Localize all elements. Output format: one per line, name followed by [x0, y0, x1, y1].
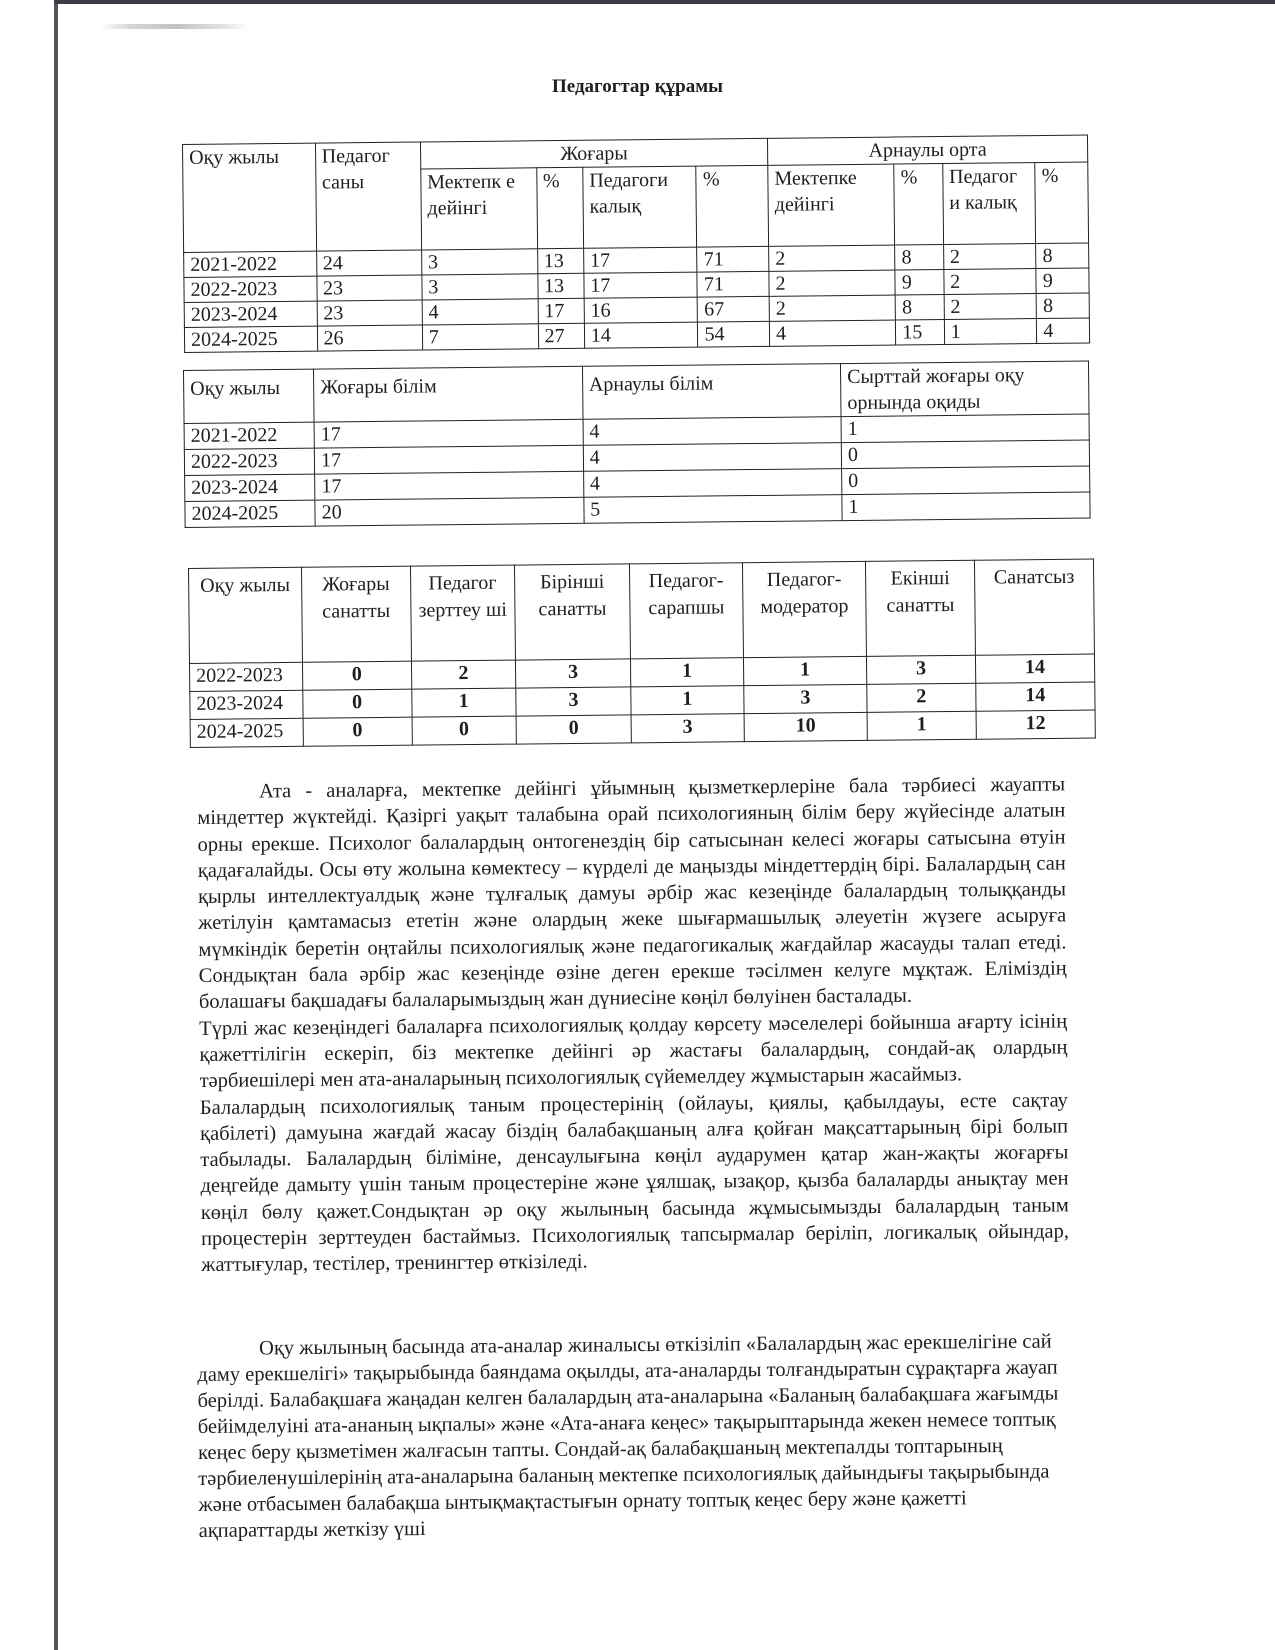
cell-s-ped: 1	[944, 319, 1037, 345]
cell-researcher: 0	[412, 716, 517, 745]
scan-artifact	[100, 24, 250, 29]
cell-s-pre: 2	[769, 295, 896, 321]
header-teacher-count: Педагог саны	[315, 142, 421, 251]
cell-moderator: 3	[744, 684, 868, 713]
header-higher-education: Жоғары білім	[314, 366, 583, 422]
cell-year: 2024-2025	[184, 326, 317, 352]
cell-h-ped: 17	[583, 247, 697, 273]
cell-s-pre: 4	[769, 320, 896, 346]
cell-higher: 17	[314, 419, 583, 448]
cell-extramural: 0	[842, 466, 1090, 495]
cell-h-ped-pct: 54	[698, 321, 770, 347]
cell-extramural: 0	[841, 440, 1089, 469]
cell-special: 4	[583, 417, 842, 446]
cell-s-ped: 2	[944, 294, 1037, 320]
header-special-pedagogical: Педагог и калық	[942, 163, 1035, 245]
cell-h-pre-pct: 17	[538, 298, 585, 323]
cell-s-pre-pct: 9	[895, 270, 944, 296]
header-year: Оқу жылы	[183, 143, 317, 252]
header-first-category: Бірінші санатты	[515, 564, 631, 660]
cell-higher: 20	[315, 497, 584, 526]
paragraph: Балалардың психологиялық таным процестер…	[200, 1087, 1070, 1279]
cell-s-ped-pct: 9	[1036, 268, 1089, 294]
cell-s-ped-pct: 8	[1036, 293, 1089, 319]
cell-none: 14	[975, 654, 1094, 683]
cell-s-pre: 2	[769, 270, 896, 296]
education-level-table: Оқу жылы Жоғары білім Арнаулы білім Сырт…	[183, 361, 1091, 528]
header-highest-category: Жоғары санатты	[301, 566, 411, 662]
cell-s-ped-pct: 4	[1037, 318, 1090, 344]
cell-h-ped: 17	[584, 272, 698, 298]
cell-s-pre-pct: 15	[896, 320, 945, 346]
cell-year: 2022-2023	[184, 276, 317, 302]
cell-year: 2023-2024	[185, 474, 315, 501]
cell-year: 2024-2025	[190, 718, 303, 747]
header-year: Оқу жылы	[184, 369, 315, 423]
cell-count: 24	[316, 250, 421, 276]
cell-s-ped-pct: 8	[1036, 243, 1089, 269]
cell-h-ped-pct: 71	[697, 246, 769, 272]
cell-second: 1	[867, 711, 976, 740]
cell-higher: 17	[315, 471, 584, 500]
body-text-block: Оқу жылының басында ата-аналар жиналысы …	[197, 1328, 1067, 1544]
cell-moderator: 10	[744, 712, 868, 741]
cell-second: 3	[867, 655, 976, 684]
scanned-page: Педагогтар құрамы Оқу жылы Педагог саны …	[0, 0, 1275, 1650]
cell-highest: 0	[302, 661, 411, 690]
cell-special: 4	[583, 443, 842, 472]
header-special-secondary: Арнаулы орта	[768, 135, 1088, 165]
header-higher-preschool: Мектепк е дейінгі	[421, 168, 538, 250]
header-researcher: Педагог зерттеу ші	[410, 565, 515, 661]
cell-h-pre: 4	[422, 299, 538, 325]
cell-h-pre: 3	[421, 249, 537, 275]
header-moderator: Педагог-модератор	[742, 561, 866, 657]
cell-researcher: 1	[411, 688, 516, 717]
cell-first: 3	[516, 687, 631, 716]
cell-s-ped: 2	[943, 244, 1036, 270]
document-title: Педагогтар құрамы	[0, 76, 1275, 98]
header-special-education: Арнаулы білім	[582, 364, 841, 420]
cell-year: 2021-2022	[184, 251, 317, 277]
cell-expert: 1	[630, 658, 743, 687]
cell-first: 3	[516, 659, 631, 688]
scan-edge-top	[54, 0, 1275, 4]
cell-researcher: 2	[411, 660, 516, 689]
cell-expert: 3	[631, 714, 744, 743]
cell-year: 2022-2023	[190, 662, 303, 691]
header-special-preschool-pct: %	[894, 164, 943, 246]
header-higher-pedagogical: Педагоги калық	[583, 166, 697, 248]
cell-year: 2023-2024	[184, 301, 317, 327]
cell-highest: 0	[303, 717, 412, 746]
cell-none: 14	[976, 682, 1095, 711]
header-special-preschool: Мектепке дейінгі	[768, 164, 895, 246]
cell-s-pre: 2	[769, 245, 896, 271]
header-extramural-study: Сырттай жоғары оқу орнында оқиды	[840, 361, 1089, 417]
header-no-category: Санатсыз	[974, 559, 1094, 655]
header-higher-pedagogical-pct: %	[696, 165, 768, 247]
cell-year: 2023-2024	[190, 690, 303, 719]
header-higher: Жоғары	[420, 138, 767, 169]
paragraph: Түрлі жас кезеңіндегі балаларға психолог…	[199, 1008, 1068, 1094]
cell-year: 2024-2025	[185, 500, 315, 527]
cell-h-ped: 16	[584, 297, 698, 323]
cell-h-ped-pct: 71	[697, 271, 769, 297]
teachers-education-table: Оқу жылы Педагог саны Жоғары Арнаулы орт…	[182, 135, 1090, 353]
cell-year: 2021-2022	[184, 422, 314, 449]
cell-h-pre: 7	[422, 324, 538, 350]
qualification-category-table: Оқу жылы Жоғары санатты Педагог зерттеу …	[188, 559, 1096, 748]
cell-count: 23	[317, 300, 422, 326]
body-text-block: Ата - аналарға, мектепке дейінгі ұйымның…	[197, 771, 1069, 1278]
cell-second: 2	[867, 683, 976, 712]
cell-h-pre-pct: 27	[538, 323, 585, 348]
cell-extramural: 1	[841, 414, 1089, 443]
cell-none: 12	[976, 710, 1095, 739]
paragraph: Оқу жылының басында ата-аналар жиналысы …	[197, 1328, 1067, 1544]
cell-s-pre-pct: 8	[895, 245, 944, 271]
cell-special: 4	[583, 469, 842, 498]
scan-edge-left	[54, 0, 58, 1650]
cell-s-ped: 2	[944, 269, 1037, 295]
cell-extramural: 1	[842, 492, 1090, 521]
cell-moderator: 1	[743, 656, 867, 685]
cell-h-ped: 14	[584, 322, 698, 348]
header-year: Оқу жылы	[189, 567, 303, 663]
header-higher-preschool-pct: %	[536, 167, 583, 248]
cell-count: 23	[316, 275, 421, 301]
cell-h-pre-pct: 13	[537, 248, 584, 273]
cell-h-pre: 3	[422, 274, 538, 300]
cell-highest: 0	[303, 689, 412, 718]
cell-first: 0	[516, 715, 631, 744]
cell-h-pre-pct: 13	[537, 273, 584, 298]
header-second-category: Екінші санатты	[866, 560, 976, 656]
cell-higher: 17	[314, 445, 583, 474]
cell-special: 5	[584, 495, 843, 524]
cell-s-pre-pct: 8	[895, 295, 944, 321]
paragraph: Ата - аналарға, мектепке дейінгі ұйымның…	[197, 771, 1067, 1015]
cell-year: 2022-2023	[184, 448, 314, 475]
header-special-pedagogical-pct: %	[1035, 162, 1089, 244]
cell-count: 26	[317, 325, 422, 351]
header-expert: Педагог-сарапшы	[629, 563, 743, 659]
cell-h-ped-pct: 67	[698, 296, 770, 322]
cell-expert: 1	[631, 686, 744, 715]
